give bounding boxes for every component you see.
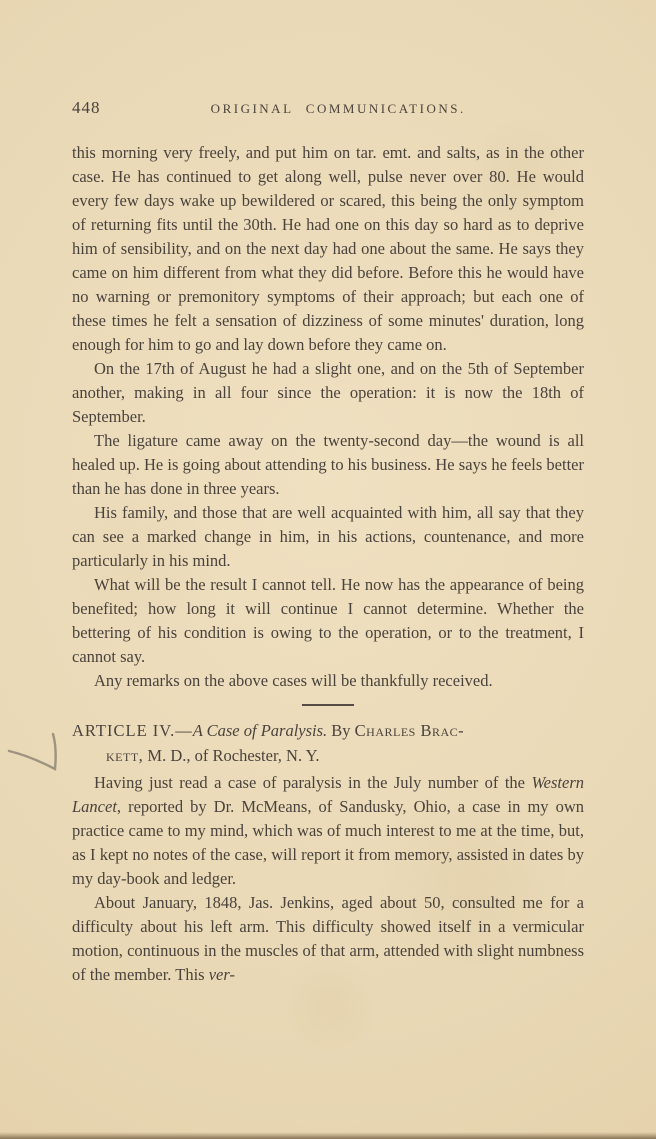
- body-paragraph: What will be the result I cannot tell. H…: [72, 573, 584, 669]
- text-segment: By: [327, 721, 355, 740]
- page-number: 448: [72, 98, 101, 118]
- text-segment: ver-: [209, 965, 235, 984]
- body-paragraph: His family, and those that are well acqu…: [72, 501, 584, 573]
- text-segment: M. D., of Rochester, N. Y.: [143, 746, 319, 765]
- text-segment: this morning very freely, and put him on…: [72, 143, 584, 354]
- text-segment: , reported by Dr. McMeans, of Sandusky, …: [72, 797, 584, 888]
- body-paragraph: On the 17th of August he had a slight on…: [72, 357, 584, 429]
- text-segment: ARTICLE IV.—: [72, 721, 193, 740]
- body-paragraph: About January, 1848, Jas. Jenkins, aged …: [72, 891, 584, 987]
- page-content: 448 ORIGINAL COMMUNICATIONS. this mornin…: [72, 98, 584, 987]
- text-segment: Any remarks on the above cases will be t…: [94, 671, 493, 690]
- body-paragraph: Any remarks on the above cases will be t…: [72, 669, 584, 693]
- text-segment: On the 17th of August he had a slight on…: [72, 359, 584, 426]
- text-segment: Having just read a case of paralysis in …: [94, 773, 531, 792]
- running-title: ORIGINAL COMMUNICATIONS.: [211, 101, 466, 117]
- page-header: 448 ORIGINAL COMMUNICATIONS.: [72, 98, 584, 120]
- section-divider-rule: [302, 704, 354, 706]
- text-body: this morning very freely, and put him on…: [72, 141, 584, 987]
- body-paragraph: this morning very freely, and put him on…: [72, 141, 584, 357]
- page-bottom-edge-shadow: [0, 1132, 656, 1139]
- body-paragraph: The ligature came away on the twenty-sec…: [72, 429, 584, 501]
- body-paragraph: Having just read a case of paralysis in …: [72, 771, 584, 891]
- text-segment: The ligature came away on the twenty-sec…: [72, 431, 584, 498]
- text-segment: Charles Brac-: [355, 721, 464, 740]
- scanned-book-page: { "page": { "number": "448", "running_ti…: [0, 0, 656, 1139]
- text-segment: About January, 1848, Jas. Jenkins, aged …: [72, 893, 584, 984]
- text-segment: His family, and those that are well acqu…: [72, 503, 584, 570]
- text-segment: kett,: [106, 746, 143, 765]
- text-segment: What will be the result I cannot tell. H…: [72, 575, 584, 666]
- pencil-checkmark-annotation: [2, 726, 72, 784]
- text-segment: A Case of Paralysis.: [193, 721, 327, 740]
- article-heading: ARTICLE IV.—A Case of Paralysis. By Char…: [72, 718, 584, 768]
